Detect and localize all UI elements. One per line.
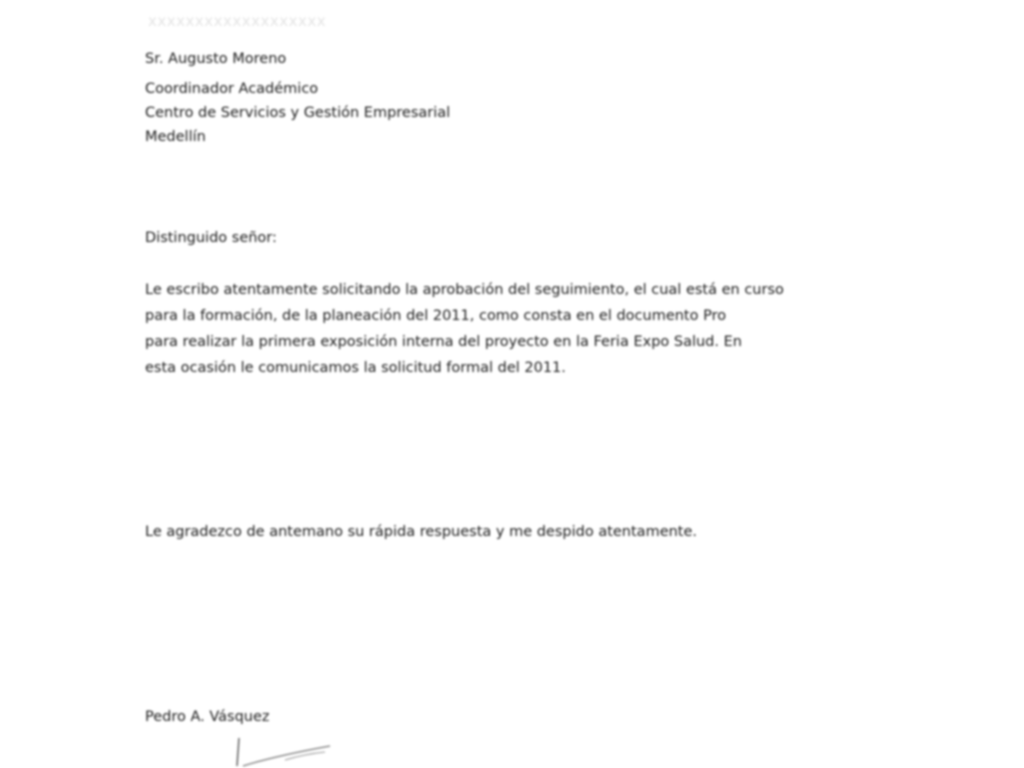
body-line: esta ocasión le comunicamos la solicitud… bbox=[145, 355, 885, 381]
body-line: para realizar la primera exposición inte… bbox=[145, 329, 885, 355]
recipient-block: Sr. Augusto Moreno Coordinador Académico… bbox=[145, 47, 450, 149]
closing-line: Le agradezco de antemano su rápida respu… bbox=[145, 524, 697, 540]
recipient-name: Sr. Augusto Moreno bbox=[145, 47, 450, 71]
body-line: para la formación, de la planeación del … bbox=[145, 303, 885, 329]
body-line: Le escribo atentamente solicitando la ap… bbox=[145, 277, 885, 303]
sender-name: Pedro A. Vásquez bbox=[145, 709, 270, 725]
letter-page: xxxxxxxxxxxxxxxxxxx Sr. Augusto Moreno C… bbox=[0, 0, 1024, 768]
letter-body: Le escribo atentamente solicitando la ap… bbox=[145, 277, 885, 381]
recipient-title: Coordinador Académico bbox=[145, 77, 450, 101]
recipient-city: Medellín bbox=[145, 125, 450, 149]
salutation: Distinguido señor: bbox=[145, 230, 277, 246]
recipient-organization: Centro de Servicios y Gestión Empresaria… bbox=[145, 101, 450, 125]
signature-scribble-icon bbox=[225, 736, 345, 768]
faded-header-text: xxxxxxxxxxxxxxxxxxx bbox=[148, 12, 326, 30]
